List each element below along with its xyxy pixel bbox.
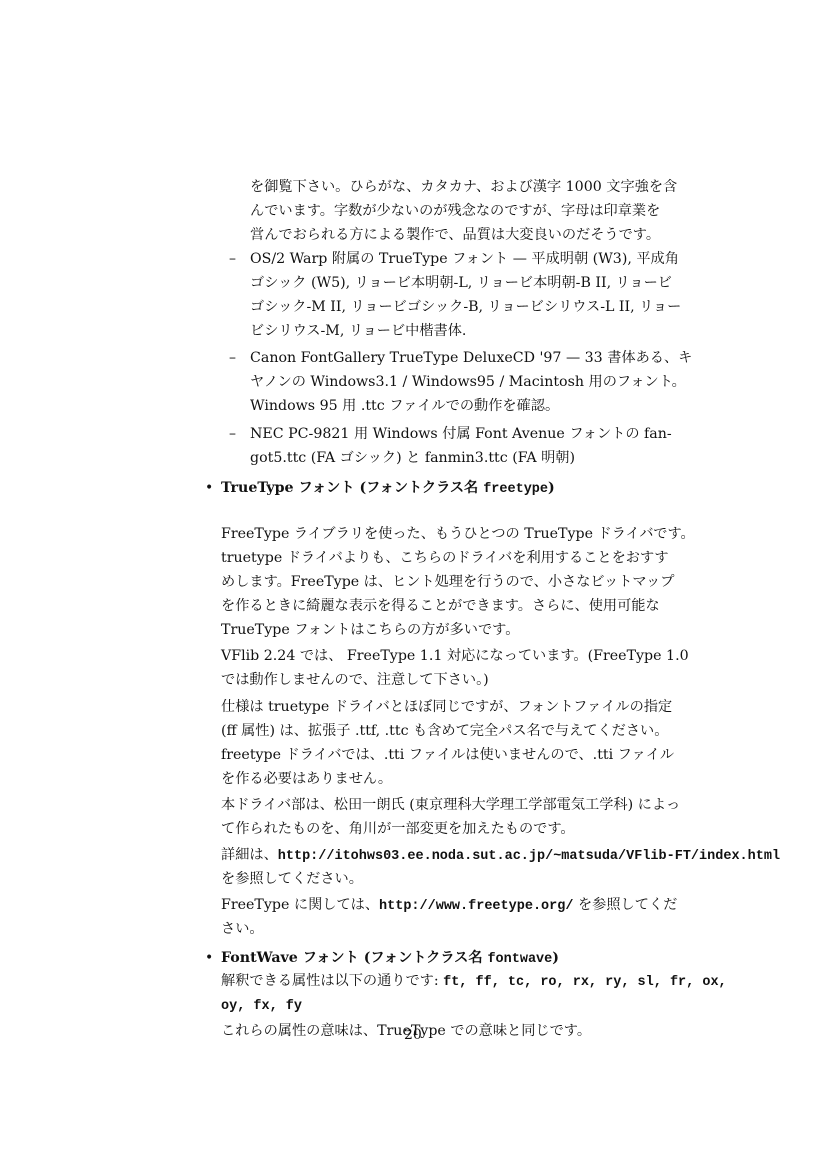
bullet-icon: • — [205, 478, 213, 498]
text-line: ビシリウス-M, リョービ中楷書体. — [250, 321, 466, 341]
section-heading: FontWave フォント (フォントクラス名 fontwave) — [221, 948, 559, 970]
dash-marker: – — [229, 348, 236, 368]
text-line: VFlib 2.24 では、 FreeType 1.1 対応になっています。(F… — [221, 646, 639, 666]
page-number: 20 — [404, 1027, 422, 1043]
text-line: めします。FreeType は、ヒント処理を行うので、小さなビットマップ — [221, 572, 639, 592]
text-line: freetype ドライバでは、.tti ファイルは使いませんので、.tti フ… — [221, 745, 639, 765]
text-line: NEC PC-9821 用 Windows 付属 Font Avenue フォン… — [250, 424, 639, 444]
section-heading: TrueType フォント (フォントクラス名 freetype) — [221, 478, 555, 500]
text-line: got5.ttc (FA ゴシック) と fanmin3.ttc (FA 明朝) — [250, 448, 575, 468]
text-line: 本ドライバ部は、松田一朗氏 (東京理科大学理工学部電気工学科) によっ — [221, 795, 639, 815]
text-line: ゴシック-M II, リョービゴシック-B, リョービシリウス-L II, リョ… — [250, 297, 639, 317]
dash-marker: – — [229, 249, 236, 269]
text-line: FreeType ライブラリを使った、もうひとつの TrueType ドライバで… — [221, 524, 639, 544]
heading-suffix: ) — [548, 480, 555, 496]
text-line: を御覧下さい。ひらがな、カタカナ、および漢字 1000 文字強を含 — [250, 177, 639, 197]
detail-url-link[interactable]: http://itohws03.ee.noda.sut.ac.jp/~matsu… — [278, 849, 780, 864]
bullet-icon: • — [205, 948, 213, 968]
text-line: ゴシック (W5), リョービ本明朝-L, リョービ本明朝-B II, リョービ — [250, 273, 639, 293]
text-line: さい。 — [221, 919, 264, 939]
dash-marker: – — [229, 424, 236, 444]
attr-list: oy, fx, fy — [221, 999, 302, 1014]
heading-text: FontWave フォント (フォントクラス名 — [221, 950, 487, 966]
text-line: を参照してください。 — [221, 869, 363, 889]
text-line: んでいます。字数が少ないのが残念なのですが、字母は印章業を — [250, 201, 639, 221]
text-line: truetype ドライバよりも、こちらのドライバを利用することをおすす — [221, 548, 639, 568]
freetype-prefix: FreeType に関しては、 — [221, 897, 379, 913]
detail-line: 詳細は、http://itohws03.ee.noda.sut.ac.jp/~m… — [221, 845, 780, 867]
attr-list: ft, ff, tc, ro, rx, ry, sl, fr, ox, — [443, 975, 727, 990]
text-line: 仕様は truetype ドライバとほぼ同じですが、フォントファイルの指定 — [221, 697, 639, 717]
attr-line: 解釈できる属性は以下の通りです: ft, ff, tc, ro, rx, ry,… — [221, 971, 727, 993]
detail-prefix: 詳細は、 — [221, 847, 278, 863]
attr-line-2: oy, fx, fy — [221, 995, 302, 1017]
text-line: TrueType フォントはこちらの方が多いです。 — [221, 620, 519, 640]
heading-suffix: ) — [552, 950, 559, 966]
freetype-suffix: を参照してくだ — [573, 897, 677, 913]
freetype-url-link[interactable]: http://www.freetype.org/ — [379, 899, 573, 914]
text-line: を作る必要はありません。 — [221, 769, 392, 789]
text-line: を作るときに綺麗な表示を得ることができます。さらに、使用可能な — [221, 596, 639, 616]
freetype-ref-line: FreeType に関しては、http://www.freetype.org/ … — [221, 895, 677, 917]
text-line: OS/2 Warp 附属の TrueType フォント — 平成明朝 (W3),… — [250, 249, 639, 269]
text-line: では動作しませんので、注意して下さい。) — [221, 670, 489, 690]
attr-prefix: 解釈できる属性は以下の通りです: — [221, 973, 443, 989]
text-line: て作られたものを、角川が一部変更を加えたものです。 — [221, 819, 575, 839]
font-class-code: freetype — [483, 482, 548, 497]
font-class-code: fontwave — [487, 952, 552, 967]
heading-text: TrueType フォント (フォントクラス名 — [221, 480, 483, 496]
text-line: Windows 95 用 .ttc ファイルでの動作を確認。 — [250, 396, 559, 416]
text-line: Canon FontGallery TrueType DeluxeCD '97 … — [250, 348, 639, 368]
text-line: (ff 属性) は、拡張子 .ttf, .ttc も含めて完全パス名で与えてくだ… — [221, 721, 639, 741]
text-line: ヤノンの Windows3.1 / Windows95 / Macintosh … — [250, 372, 639, 392]
text-line: 営んでおられる方による製作で、品質は大変良いのだそうです。 — [250, 225, 660, 245]
